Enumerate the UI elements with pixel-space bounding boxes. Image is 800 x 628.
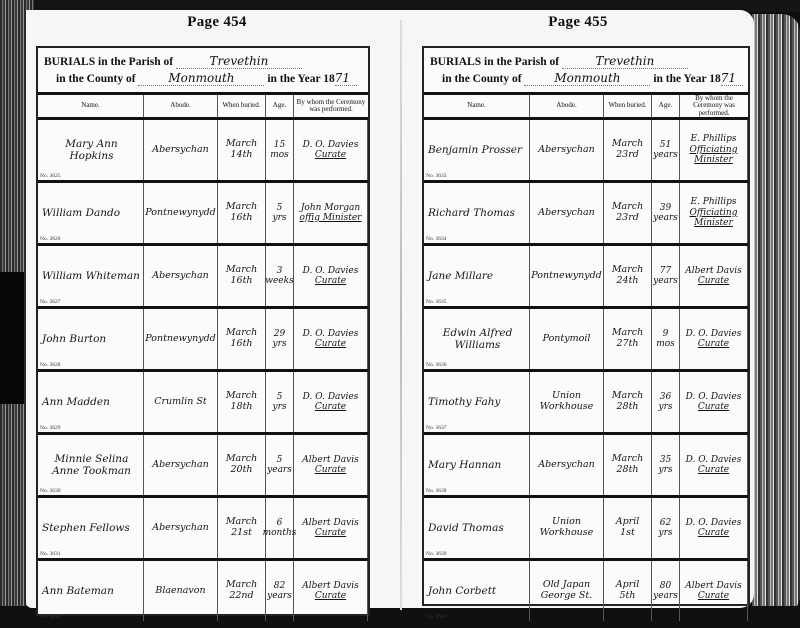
entry-number: No. 3636	[426, 362, 446, 368]
entry-name: John Corbett	[424, 561, 530, 621]
parish-value: Trevethin	[176, 54, 302, 69]
column-header-age: Age.	[652, 95, 680, 117]
entry-age-unit: years	[653, 213, 678, 223]
entry-officiant-title: Curate	[698, 465, 729, 475]
entry-age: 51years	[652, 120, 680, 180]
entry-age-unit: yrs	[658, 465, 672, 475]
entry-name: Timothy Fahy	[424, 372, 530, 432]
entry-abode: Pontnewynydd	[144, 309, 218, 369]
entry-when-buried: March16th	[218, 183, 266, 243]
year-value: 71	[335, 71, 357, 86]
entry-name: Mary Ann Hopkins	[38, 120, 144, 180]
entry-officiant: Albert DavisCurate	[294, 561, 368, 621]
entry-abode: Union Workhouse	[530, 372, 604, 432]
entry-age-unit: months	[263, 528, 297, 538]
entry-officiant: E. PhillipsOfficiating Minister	[680, 183, 748, 243]
register-entry: Jane MillarePontnewynyddMarch24th77years…	[424, 246, 748, 309]
entry-name: Richard Thomas	[424, 183, 530, 243]
entry-abode: Old Japan George St.	[530, 561, 604, 621]
year-value: 71	[721, 71, 743, 86]
entry-officiant: John Morganoffig Minister	[294, 183, 368, 243]
entry-officiant-title: Curate	[315, 465, 346, 475]
column-header-when-buried: When buried.	[218, 95, 266, 117]
burial-register-table: BURIALS in the Parish of Trevethin in th…	[36, 46, 370, 616]
column-header-when-buried: When buried.	[604, 95, 652, 117]
entry-age: 39years	[652, 183, 680, 243]
entry-age-unit: years	[653, 276, 678, 286]
register-entry: Ann BatemanBlaenavonMarch22nd82yearsAlbe…	[38, 561, 368, 621]
entry-age-value: 62	[660, 518, 671, 528]
entry-officiant-name: D. O. Davies	[303, 140, 359, 150]
entry-age-value: 3	[277, 266, 283, 276]
entry-officiant-name: D. O. Davies	[303, 266, 359, 276]
register-entry: John BurtonPontnewynyddMarch16th29yrsD. …	[38, 309, 368, 372]
entry-day: 27th	[616, 339, 638, 350]
entry-number: No. 3627	[40, 299, 60, 305]
entry-officiant: D. O. DaviesCurate	[294, 246, 368, 306]
entry-when-buried: March28th	[604, 372, 652, 432]
entry-when-buried: March18th	[218, 372, 266, 432]
register-entry: Stephen FellowsAbersychanMarch21st6month…	[38, 498, 368, 561]
entry-officiant-title: Officiating Minister	[682, 145, 745, 166]
entry-officiant-title: Curate	[698, 402, 729, 412]
entry-abode: Pontnewynydd	[530, 246, 604, 306]
entry-name: Ann Bateman	[38, 561, 144, 621]
county-value: Monmouth	[138, 71, 264, 86]
entries-list: Benjamin ProsserAbersychanMarch23rd51yea…	[424, 120, 748, 621]
entries-list: Mary Ann HopkinsAbersychanMarch14th15mos…	[38, 120, 368, 621]
entry-when-buried: March24th	[604, 246, 652, 306]
entry-age-value: 5	[277, 203, 283, 213]
entry-abode: Abersychan	[530, 435, 604, 495]
entry-number: No. 3638	[426, 488, 446, 494]
entry-day: 5th	[620, 591, 636, 602]
entry-officiant-name: D. O. Davies	[686, 518, 742, 528]
entry-officiant-name: Albert Davis	[302, 455, 358, 465]
burials-label: BURIALS in the Parish of	[430, 56, 559, 68]
entry-officiant-title: Curate	[698, 339, 729, 349]
entry-when-buried: March16th	[218, 246, 266, 306]
register-entry: Ann MaddenCrumlin StMarch18th5yrsD. O. D…	[38, 372, 368, 435]
entry-age: 15mos	[266, 120, 294, 180]
entry-age: 6months	[266, 498, 294, 558]
register-header: BURIALS in the Parish of Trevethin in th…	[424, 48, 748, 95]
register-entry: Mary HannanAbersychanMarch28th35yrsD. O.…	[424, 435, 748, 498]
entry-officiant: Albert DavisCurate	[680, 246, 748, 306]
entry-age-value: 5	[277, 392, 283, 402]
entry-day: 21st	[231, 528, 252, 539]
entry-officiant-name: Albert Davis	[685, 266, 741, 276]
entry-day: 24th	[616, 276, 638, 287]
entry-officiant-title: Curate	[315, 276, 346, 286]
page-number: Page 455	[402, 14, 754, 31]
register-entry: Timothy FahyUnion WorkhouseMarch28th36yr…	[424, 372, 748, 435]
entry-age-value: 5	[277, 455, 283, 465]
entry-when-buried: March23rd	[604, 120, 652, 180]
entry-abode: Abersychan	[144, 120, 218, 180]
entry-abode: Abersychan	[530, 120, 604, 180]
register-entry: William DandoPontnewynyddMarch16th5yrsJo…	[38, 183, 368, 246]
entry-day: 14th	[230, 150, 252, 161]
register-entry: Mary Ann HopkinsAbersychanMarch14th15mos…	[38, 120, 368, 183]
column-header-officiant: By whom the Ceremony was performed.	[680, 95, 748, 117]
entry-when-buried: March22nd	[218, 561, 266, 621]
entry-age-value: 39	[660, 203, 671, 213]
entry-age-unit: yrs	[658, 528, 672, 538]
right-page: Page 455 BURIALS in the Parish of Trevet…	[402, 10, 754, 608]
register-entry: Benjamin ProsserAbersychanMarch23rd51yea…	[424, 120, 748, 183]
entry-officiant: D. O. DaviesCurate	[294, 372, 368, 432]
entry-age-value: 35	[660, 455, 671, 465]
entry-day: 28th	[616, 402, 638, 413]
entry-officiant-title: Curate	[698, 528, 729, 538]
entry-age-value: 80	[660, 581, 671, 591]
entry-age-value: 6	[277, 518, 283, 528]
entry-when-buried: April5th	[604, 561, 652, 621]
entry-number: No. 3640	[426, 614, 446, 620]
entry-age: 29yrs	[266, 309, 294, 369]
entry-age-unit: yrs	[272, 339, 286, 349]
entry-abode: Pontymoil	[530, 309, 604, 369]
entry-name: Stephen Fellows	[38, 498, 144, 558]
left-page: Page 454 BURIALS in the Parish of Trevet…	[26, 10, 408, 608]
entry-day: 28th	[616, 465, 638, 476]
entry-age-unit: years	[267, 591, 292, 601]
entry-officiant-title: Curate	[315, 591, 346, 601]
entry-officiant-title: Curate	[315, 402, 346, 412]
entry-name: William Whiteman	[38, 246, 144, 306]
county-label: in the County of	[442, 73, 522, 85]
entry-age-value: 29	[274, 329, 285, 339]
entry-officiant-name: E. Phillips	[690, 197, 736, 207]
entry-number: No. 3639	[426, 551, 446, 557]
entry-officiant-name: Albert Davis	[302, 581, 358, 591]
parish-value: Trevethin	[562, 54, 688, 69]
entry-number: No. 3635	[426, 299, 446, 305]
entry-officiant: Albert DavisCurate	[294, 498, 368, 558]
entry-officiant: D. O. DaviesCurate	[680, 309, 748, 369]
entry-officiant: D. O. DaviesCurate	[680, 372, 748, 432]
entry-officiant: E. PhillipsOfficiating Minister	[680, 120, 748, 180]
entry-when-buried: March28th	[604, 435, 652, 495]
entry-number: No. 3625	[40, 173, 60, 179]
entry-officiant: D. O. DaviesCurate	[680, 498, 748, 558]
entry-abode: Abersychan	[530, 183, 604, 243]
entry-number: No. 3634	[426, 236, 446, 242]
entry-name: Mary Hannan	[424, 435, 530, 495]
entry-name: Jane Millare	[424, 246, 530, 306]
entry-officiant-name: Albert Davis	[302, 518, 358, 528]
entry-abode: Pontnewynydd	[144, 183, 218, 243]
entry-officiant-name: D. O. Davies	[686, 392, 742, 402]
entry-when-buried: March14th	[218, 120, 266, 180]
entry-officiant-name: D. O. Davies	[686, 329, 742, 339]
entry-age-unit: weeks	[265, 276, 293, 286]
register-entry: Minnie Selina Anne TookmanAbersychanMarc…	[38, 435, 368, 498]
entry-officiant-name: John Morgan	[301, 203, 360, 213]
entry-number: No. 3629	[40, 425, 60, 431]
entry-number: No. 3630	[40, 488, 60, 494]
entry-officiant-name: D. O. Davies	[303, 329, 359, 339]
entry-when-buried: March21st	[218, 498, 266, 558]
entry-name: Edwin Alfred Williams	[424, 309, 530, 369]
entry-day: 16th	[230, 213, 252, 224]
entry-when-buried: March16th	[218, 309, 266, 369]
column-header-abode: Abode.	[530, 95, 604, 117]
entry-officiant: D. O. DaviesCurate	[680, 435, 748, 495]
column-headers: Name. Abode. When buried. Age. By whom t…	[38, 95, 368, 120]
register-entry: Edwin Alfred WilliamsPontymoilMarch27th9…	[424, 309, 748, 372]
entry-age: 5yrs	[266, 183, 294, 243]
entry-number: No. 3633	[426, 173, 446, 179]
entry-when-buried: March23rd	[604, 183, 652, 243]
entry-day: 23rd	[616, 213, 639, 224]
county-label: in the County of	[56, 73, 136, 85]
entry-officiant-title: Curate	[698, 591, 729, 601]
column-header-name: Name.	[424, 95, 530, 117]
year-label: in the Year 18	[267, 73, 334, 85]
register-entry: Richard ThomasAbersychanMarch23rd39years…	[424, 183, 748, 246]
entry-number: No. 3631	[40, 551, 60, 557]
entry-age-value: 9	[663, 329, 669, 339]
entry-abode: Abersychan	[144, 435, 218, 495]
entry-when-buried: April1st	[604, 498, 652, 558]
column-header-abode: Abode.	[144, 95, 218, 117]
entry-day: 23rd	[616, 150, 639, 161]
entry-age-unit: mos	[656, 339, 675, 349]
entry-age-unit: years	[267, 465, 292, 475]
entry-officiant-title: Curate	[315, 528, 346, 538]
entry-age-unit: yrs	[272, 402, 286, 412]
entry-age-value: 77	[660, 266, 671, 276]
entry-officiant-name: D. O. Davies	[303, 392, 359, 402]
entry-name: Minnie Selina Anne Tookman	[38, 435, 144, 495]
column-headers: Name. Abode. When buried. Age. By whom t…	[424, 95, 748, 120]
entry-name: Benjamin Prosser	[424, 120, 530, 180]
entry-day: 16th	[230, 339, 252, 350]
entry-abode: Blaenavon	[144, 561, 218, 621]
entry-age: 62yrs	[652, 498, 680, 558]
book-tab-left	[0, 272, 24, 404]
entry-officiant: D. O. DaviesCurate	[294, 120, 368, 180]
entry-age: 82years	[266, 561, 294, 621]
register-header: BURIALS in the Parish of Trevethin in th…	[38, 48, 368, 95]
entry-age: 5yrs	[266, 372, 294, 432]
entry-age: 77years	[652, 246, 680, 306]
entry-abode: Union Workhouse	[530, 498, 604, 558]
entry-age-value: 51	[660, 140, 671, 150]
entry-day: 22nd	[229, 591, 253, 602]
entry-day: 1st	[620, 528, 635, 539]
entry-age-unit: yrs	[658, 402, 672, 412]
entry-name: John Burton	[38, 309, 144, 369]
column-header-officiant: By whom the Ceremony was performed.	[294, 95, 368, 117]
column-header-age: Age.	[266, 95, 294, 117]
entry-day: 20th	[230, 465, 252, 476]
entry-when-buried: March27th	[604, 309, 652, 369]
entry-age: 35yrs	[652, 435, 680, 495]
entry-name: David Thomas	[424, 498, 530, 558]
entry-age-unit: years	[653, 150, 678, 160]
entry-age: 5years	[266, 435, 294, 495]
entry-age: 36yrs	[652, 372, 680, 432]
register-entry: David ThomasUnion WorkhouseApril1st62yrs…	[424, 498, 748, 561]
entry-name: William Dando	[38, 183, 144, 243]
entry-officiant: D. O. DaviesCurate	[294, 309, 368, 369]
entry-officiant: Albert DavisCurate	[680, 561, 748, 621]
entry-abode: Abersychan	[144, 246, 218, 306]
burial-register-table: BURIALS in the Parish of Trevethin in th…	[422, 46, 750, 606]
entry-age-value: 15	[274, 140, 285, 150]
entry-officiant-name: E. Phillips	[690, 134, 736, 144]
entry-age-value: 36	[660, 392, 671, 402]
entry-officiant-name: D. O. Davies	[686, 455, 742, 465]
entry-officiant-title: Curate	[315, 150, 346, 160]
entry-age-value: 82	[274, 581, 285, 591]
register-entry: William WhitemanAbersychanMarch16th3week…	[38, 246, 368, 309]
entry-number: No. 3632	[40, 614, 60, 620]
entry-officiant-title: Curate	[315, 339, 346, 349]
entry-number: No. 3626	[40, 236, 60, 242]
register-entry: John CorbettOld Japan George St.April5th…	[424, 561, 748, 621]
entry-when-buried: March20th	[218, 435, 266, 495]
page-number: Page 454	[26, 14, 408, 31]
entry-day: 18th	[230, 402, 252, 413]
entry-age: 9mos	[652, 309, 680, 369]
entry-officiant-title: Curate	[698, 276, 729, 286]
entry-age-unit: years	[653, 591, 678, 601]
entry-day: 16th	[230, 276, 252, 287]
burials-label: BURIALS in the Parish of	[44, 56, 173, 68]
entry-age-unit: mos	[270, 150, 289, 160]
entry-age-unit: yrs	[272, 213, 286, 223]
entry-age: 3weeks	[266, 246, 294, 306]
entry-abode: Abersychan	[144, 498, 218, 558]
entry-number: No. 3637	[426, 425, 446, 431]
entry-officiant: Albert DavisCurate	[294, 435, 368, 495]
entry-abode: Crumlin St	[144, 372, 218, 432]
column-header-name: Name.	[38, 95, 144, 117]
entry-age: 80years	[652, 561, 680, 621]
year-label: in the Year 18	[653, 73, 720, 85]
entry-officiant-title: offig Minister	[300, 213, 362, 223]
book-edge-right	[752, 14, 800, 614]
entry-officiant-title: Officiating Minister	[682, 208, 745, 229]
entry-name: Ann Madden	[38, 372, 144, 432]
entry-officiant-name: Albert Davis	[685, 581, 741, 591]
county-value: Monmouth	[524, 71, 650, 86]
entry-number: No. 3628	[40, 362, 60, 368]
